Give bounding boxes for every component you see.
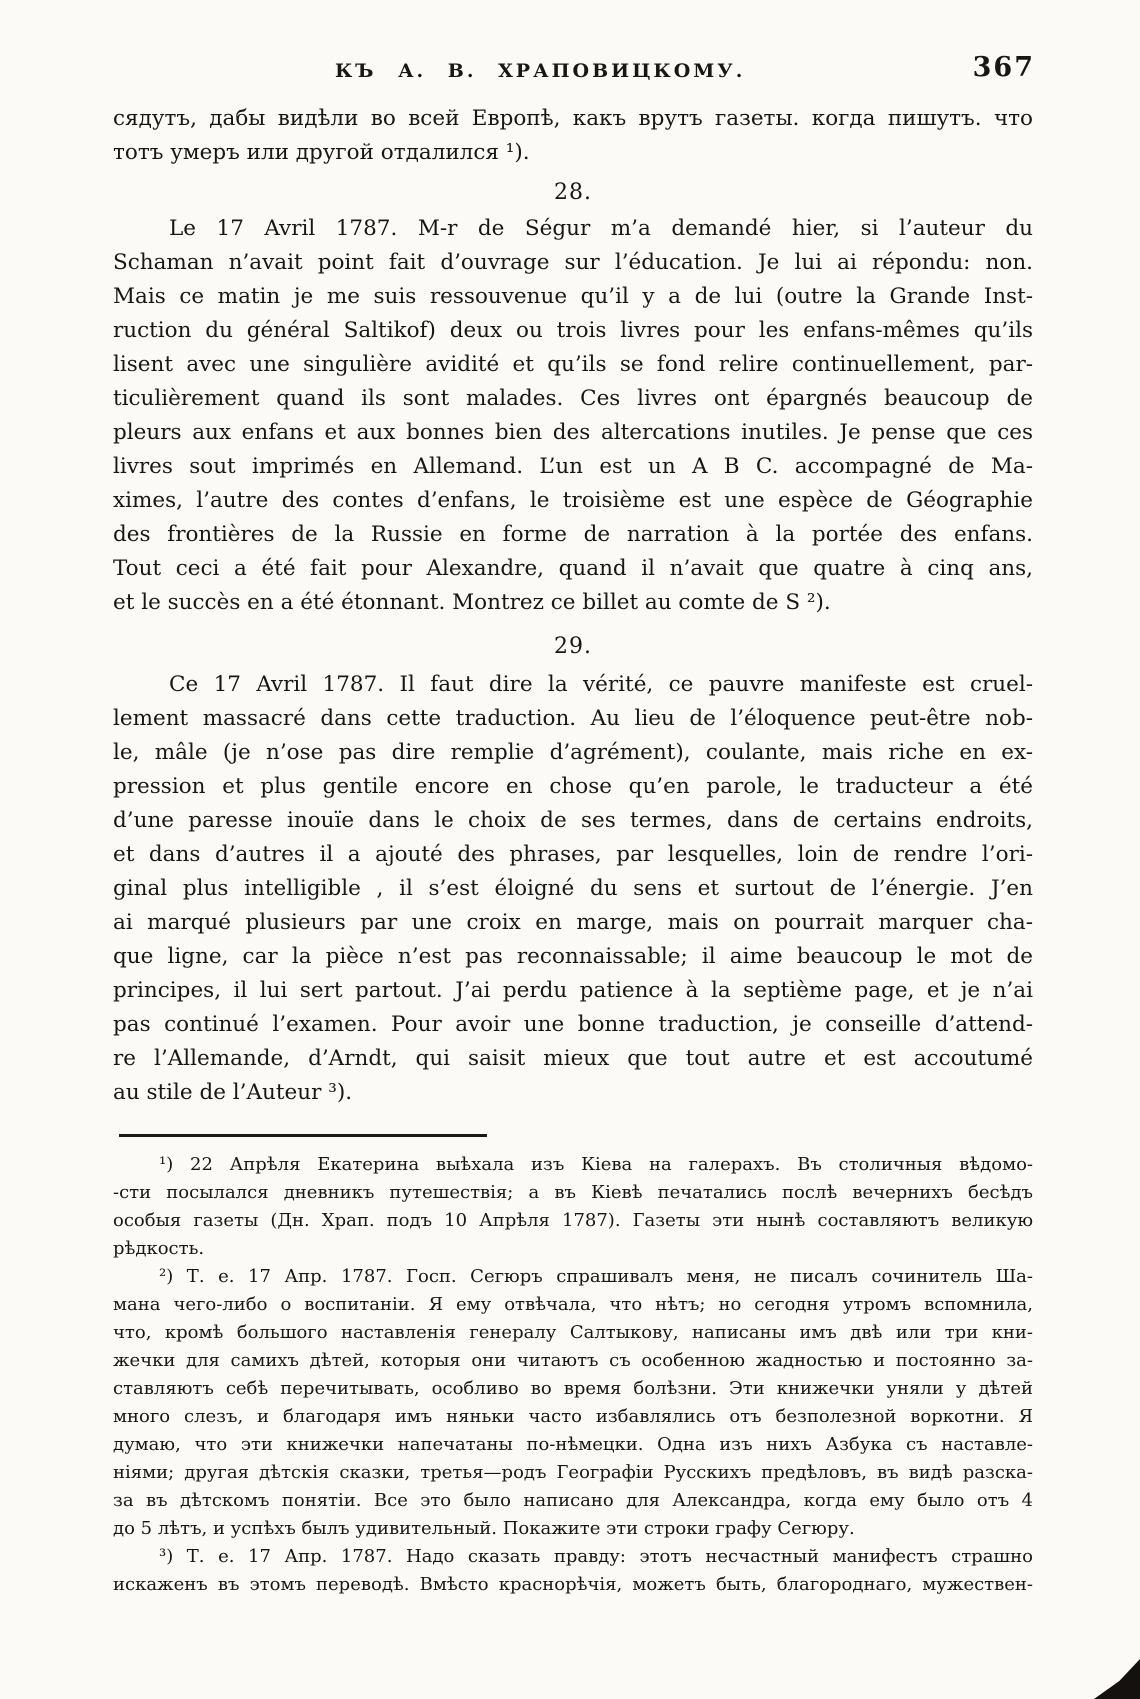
text-line: ginal plus intelligible , il s’est éloig…	[113, 872, 1033, 906]
text-line: Mais ce matin je me suis ressouvenue qu’…	[113, 280, 1033, 314]
text-line: le, mâle (je n’ose pas dire remplie d’ag…	[113, 736, 1033, 770]
text-line: до 5 лѣтъ, и успѣхъ былъ удивительный. П…	[113, 1515, 1033, 1543]
text-line: des frontières de la Russie en forme de …	[113, 518, 1033, 552]
section-28-number: 28.	[113, 178, 1033, 208]
text-line: много слезъ, и благодаря имъ няньки част…	[113, 1403, 1033, 1431]
text-line: ruction du général Saltikof) deux ou tro…	[113, 314, 1033, 348]
footnote-3: ³) Т. е. 17 Апр. 1787. Надо сказать прав…	[113, 1543, 1033, 1599]
text-line: мана чего-либо о воспитаніи. Я ему отвѣч…	[113, 1291, 1033, 1319]
text-line: lement massacré dans cette traduction. A…	[113, 702, 1033, 736]
text-line: que ligne, car la pièce n’est pas reconn…	[113, 940, 1033, 974]
text-line: et dans d’autres il a ajouté des phrases…	[113, 838, 1033, 872]
text-line: et le succès en a été étonnant. Montrez …	[113, 586, 1033, 620]
section-28-paragraph: Le 17 Avril 1787. M-r de Ségur m’a deman…	[113, 212, 1033, 620]
ink-blot-mark	[1094, 1659, 1140, 1699]
text-line: ai marqué plusieurs par une croix en mar…	[113, 906, 1033, 940]
text-line: ³) Т. е. 17 Апр. 1787. Надо сказать прав…	[113, 1543, 1033, 1571]
text-line: сядутъ, дабы видѣли во всей Европѣ, какъ…	[113, 102, 1033, 136]
text-line: lisent avec une singulière avidité et qu…	[113, 348, 1033, 382]
text-line: re l’Allemande, d’Arndt, qui saisit mieu…	[113, 1042, 1033, 1076]
text-line: искаженъ въ этомъ переводѣ. Вмѣсто красн…	[113, 1571, 1033, 1599]
text-line: pas continué l’examen. Pour avoir une bo…	[113, 1008, 1033, 1042]
continuation-paragraph: сядутъ, дабы видѣли во всей Европѣ, какъ…	[113, 102, 1033, 170]
text-line: думаю, что эти книжечки напечатаны по-нѣ…	[113, 1431, 1033, 1459]
text-line: ¹) 22 Апрѣля Екатерина выѣхала изъ Кіева…	[113, 1151, 1033, 1179]
text-line: ніями; другая дѣтскія сказки, третья—род…	[113, 1459, 1033, 1487]
text-line: ²) Т. е. 17 Апр. 1787. Госп. Сегюръ спра…	[113, 1263, 1033, 1291]
text-line: Tout ceci a été fait pour Alexandre, qua…	[113, 552, 1033, 586]
text-line: au stile de l’Auteur ³).	[113, 1076, 1033, 1110]
text-line: -сти посылался дневникъ путешествія; а в…	[113, 1179, 1033, 1207]
section-29-paragraph: Ce 17 Avril 1787. Il faut dire la vérité…	[113, 668, 1033, 1110]
page-header: КЪ А. В. ХРАПОВИЦКОМУ. 367	[113, 56, 1033, 90]
text-line: что, кромѣ большого наставленія генералу…	[113, 1319, 1033, 1347]
text-line: principes, il lui sert partout. J’ai per…	[113, 974, 1033, 1008]
footnote-1: ¹) 22 Апрѣля Екатерина выѣхала изъ Кіева…	[113, 1151, 1033, 1263]
section-29-number: 29.	[113, 632, 1033, 662]
text-line: рѣдкость.	[113, 1235, 1033, 1263]
footnote-separator-rule	[119, 1134, 487, 1137]
text-line: Ce 17 Avril 1787. Il faut dire la vérité…	[113, 668, 1033, 702]
text-line: тотъ умеръ или другой отдалился ¹).	[113, 136, 1033, 170]
footnotes-area: ¹) 22 Апрѣля Екатерина выѣхала изъ Кіева…	[113, 1151, 1033, 1599]
text-line: pleurs aux enfans et aux bonnes bien des…	[113, 416, 1033, 450]
text-line: d’une paresse inouïe dans le choix de se…	[113, 804, 1033, 838]
text-line: livres sout imprimés en Allemand. L’un e…	[113, 450, 1033, 484]
text-line: Le 17 Avril 1787. M-r de Ségur m’a deman…	[113, 212, 1033, 246]
text-line: ticulièrement quand ils sont malades. Ce…	[113, 382, 1033, 416]
page-number: 367	[973, 52, 1035, 83]
text-line: за въ дѣтскомъ понятіи. Все это было нап…	[113, 1487, 1033, 1515]
text-line: Schaman n’avait point fait d’ouvrage sur…	[113, 246, 1033, 280]
text-line: жечки для самихъ дѣтей, которыя они чита…	[113, 1347, 1033, 1375]
text-block: сядутъ, дабы видѣли во всей Европѣ, какъ…	[113, 102, 1033, 1599]
scanned-book-page: КЪ А. В. ХРАПОВИЦКОМУ. 367 сядутъ, дабы …	[0, 0, 1140, 1699]
text-line: ставляютъ себѣ перечитывать, особливо во…	[113, 1375, 1033, 1403]
text-line: особыя газеты (Дн. Храп. подъ 10 Апрѣля …	[113, 1207, 1033, 1235]
text-line: ximes, l’autre des contes d’enfans, le t…	[113, 484, 1033, 518]
text-line: pression et plus gentile encore en chose…	[113, 770, 1033, 804]
footnote-2: ²) Т. е. 17 Апр. 1787. Госп. Сегюръ спра…	[113, 1263, 1033, 1543]
running-title: КЪ А. В. ХРАПОВИЦКОМУ.	[335, 60, 745, 82]
